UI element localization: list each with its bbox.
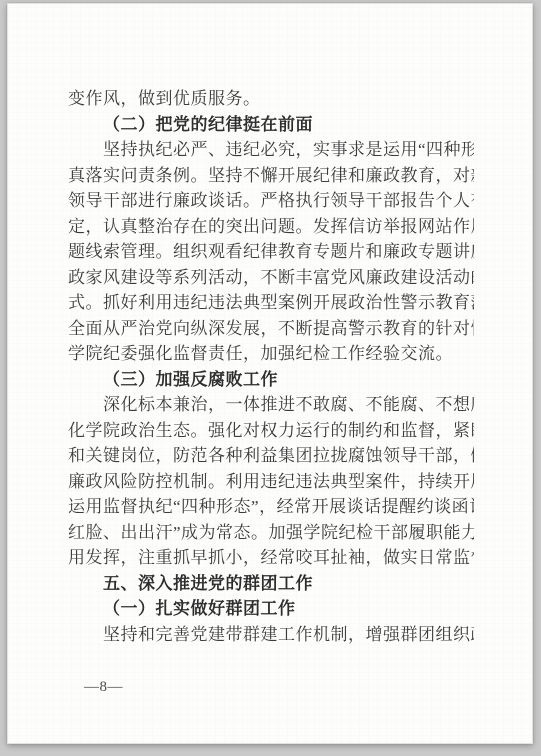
text-line: 用发挥，注重抓早抓小，经常咬耳扯袖，做实日常监督。 — [68, 545, 474, 571]
text-line: 坚持执纪必严、违纪必究，实事求是运用“四种形态”，认 — [68, 137, 474, 163]
text-line: 定，认真整治存在的突出问题。发挥信访举报网站作用，加强问 — [68, 214, 474, 240]
text-line: 红脸、出出汗”成为常态。加强学院纪检干部履职能力提升和作 — [68, 520, 474, 546]
text-line: 和关键岗位，防范各种利益集团拉拢腐蚀领导干部，健全和落实 — [68, 443, 474, 469]
page-number: —8— — [84, 679, 123, 696]
text-line: 题线索管理。组织观看纪律教育专题片和廉政专题讲座，开展廉 — [68, 239, 474, 265]
text-line: 领导干部进行廉政谈话。严格执行领导干部报告个人有关事项规 — [68, 188, 474, 214]
text-line: 变作风，做到优质服务。 — [68, 86, 474, 112]
text-line: 深化标本兼治，一体推进不敢腐、不能腐、不想腐，持续净 — [68, 392, 474, 418]
text-line: 式。抓好利用违纪违法典型案例开展政治性警示教育落实，推动 — [68, 290, 474, 316]
text-line: 真落实问责条例。坚持不懈开展纪律和廉政教育，对新任职党员 — [68, 163, 474, 189]
section-heading-anticorruption: （三）加强反腐败工作 — [68, 367, 474, 393]
chapter-heading-mass-organization-work: 五、深入推进党的群团工作 — [68, 571, 474, 597]
text-line: 学院纪委强化监督责任，加强纪检工作经验交流。 — [68, 341, 474, 367]
text-line: 全面从严治党向纵深发展，不断提高警示教育的针对性和实效性。 — [68, 316, 474, 342]
document-body: 变作风，做到优质服务。 （二）把党的纪律挺在前面 坚持执纪必严、违纪必究，实事求… — [68, 86, 474, 647]
text-line: 运用监督执纪“四种形态”，经常开展谈话提醒约谈函询，让“红 — [68, 494, 474, 520]
section-heading-mass-work: （一）扎实做好群团工作 — [68, 596, 474, 622]
text-line: 廉政风险防控机制。利用违纪违法典型案件，持续开展警示教育。 — [68, 469, 474, 495]
section-heading-discipline: （二）把党的纪律挺在前面 — [68, 112, 474, 138]
text-line: 化学院政治生态。强化对权力运行的制约和监督，紧盯重点部门 — [68, 418, 474, 444]
scanned-document-page: 变作风，做到优质服务。 （二）把党的纪律挺在前面 坚持执纪必严、违纪必究，实事求… — [7, 3, 533, 744]
text-line: 坚持和完善党建带群建工作机制，增强群团组织政治性、先 — [68, 622, 474, 648]
text-line: 政家风建设等系列活动，不断丰富党风廉政建设活动的内容和形 — [68, 265, 474, 291]
